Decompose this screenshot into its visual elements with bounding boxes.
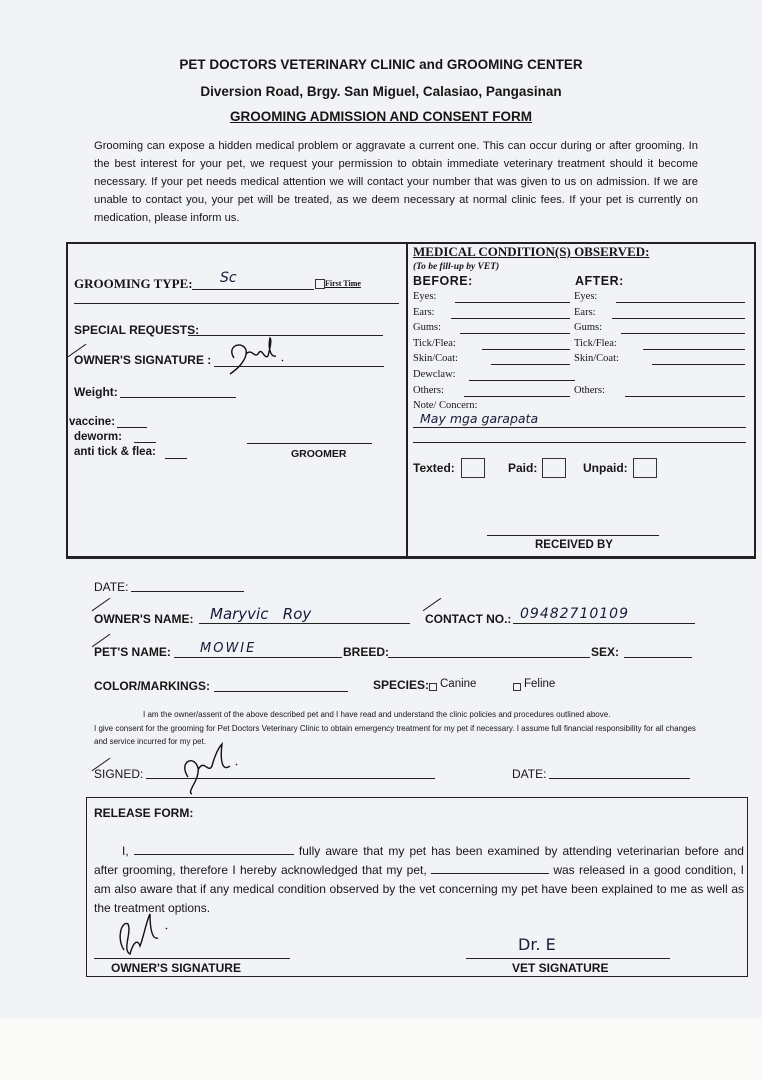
- after-label: AFTER:: [575, 274, 624, 288]
- consent-signature-scribble: [178, 742, 248, 802]
- unpaid-checkbox[interactable]: [633, 458, 657, 478]
- breed-field[interactable]: [388, 657, 590, 658]
- owner-signature-label: OWNER'S SIGNATURE :: [74, 353, 211, 367]
- feline-label: Feline: [524, 678, 555, 690]
- first-time-checkbox[interactable]: [315, 279, 325, 289]
- after-gums-field[interactable]: [621, 333, 746, 334]
- before-others-field[interactable]: [464, 396, 570, 397]
- contact-field[interactable]: [513, 623, 695, 624]
- vaccine-label: vaccine:: [69, 416, 115, 428]
- after-others-label: Others:: [574, 385, 605, 396]
- before-eyes-field[interactable]: [455, 302, 570, 303]
- medical-title: MEDICAL CONDITION(S) OBSERVED:: [413, 244, 649, 260]
- note-line-2[interactable]: [413, 442, 746, 443]
- anti-tick-field[interactable]: [165, 458, 187, 459]
- after-gums-label: Gums:: [574, 322, 602, 333]
- before-dewclaw-label: Dewclaw:: [413, 369, 456, 380]
- deworm-field[interactable]: [134, 442, 156, 443]
- release-title: RELEASE FORM:: [94, 806, 193, 820]
- grooming-type-label: GROOMING TYPE:: [74, 276, 193, 292]
- release-owner-signature-label: OWNER'S SIGNATURE: [111, 961, 241, 975]
- after-skincoat-label: Skin/Coat:: [574, 353, 619, 364]
- note-label: Note/ Concern:: [413, 400, 477, 411]
- pet-name-label: PET'S NAME:: [94, 645, 171, 659]
- signed-label: SIGNED:: [94, 767, 143, 781]
- color-markings-label: COLOR/MARKINGS:: [94, 679, 210, 693]
- species-label: SPECIES:: [373, 678, 429, 692]
- sex-label: SEX:: [591, 645, 619, 659]
- unpaid-label: Unpaid:: [583, 461, 628, 475]
- note-value: May mga garapata: [420, 411, 538, 426]
- before-gums-label: Gums:: [413, 322, 441, 333]
- canine-label: Canine: [440, 678, 476, 690]
- grooming-type-value: Sc: [220, 270, 237, 286]
- before-skincoat-label: Skin/Coat:: [413, 353, 458, 364]
- after-eyes-field[interactable]: [616, 302, 745, 303]
- paid-checkbox[interactable]: [542, 458, 566, 478]
- before-ears-field[interactable]: [451, 318, 571, 319]
- owner-name-value: Maryvic Roy: [210, 605, 311, 623]
- weight-field[interactable]: [120, 397, 236, 398]
- anti-tick-label: anti tick & flea:: [74, 446, 156, 458]
- clinic-name: PET DOCTORS VETERINARY CLINIC and GROOMI…: [0, 57, 762, 72]
- after-ears-field[interactable]: [612, 318, 746, 319]
- vaccine-field[interactable]: [117, 427, 147, 428]
- after-others-field[interactable]: [625, 396, 745, 397]
- groomer-signature-line[interactable]: [247, 443, 372, 444]
- consent-date-label: DATE:: [512, 767, 546, 781]
- contact-value: 09482710109: [520, 606, 629, 622]
- received-by-label: RECEIVED BY: [535, 539, 613, 551]
- deworm-label: deworm:: [74, 431, 122, 443]
- after-tickflea-field[interactable]: [643, 349, 745, 350]
- clinic-address: Diversion Road, Brgy. San Miguel, Calasi…: [0, 84, 762, 99]
- groomer-label: GROOMER: [291, 448, 346, 460]
- release-pet-name-field[interactable]: [431, 863, 549, 874]
- grooming-extra-line[interactable]: [74, 303, 399, 304]
- date-label: DATE:: [94, 580, 128, 594]
- received-by-line[interactable]: [487, 535, 659, 536]
- weight-label: Weight:: [74, 385, 118, 399]
- consent-date-field[interactable]: [549, 778, 690, 779]
- before-tickflea-field[interactable]: [482, 349, 570, 350]
- texted-label: Texted:: [413, 461, 455, 475]
- release-owner-signature-line[interactable]: [94, 958, 290, 959]
- owner-name-label: OWNER'S NAME:: [94, 612, 194, 626]
- paid-label: Paid:: [508, 461, 537, 475]
- sex-field[interactable]: [624, 657, 692, 658]
- consent-text-line1: I am the owner/assent of the above descr…: [143, 710, 610, 719]
- form-title: GROOMING ADMISSION AND CONSENT FORM: [0, 109, 762, 124]
- before-tickflea-label: Tick/Flea:: [413, 338, 456, 349]
- vet-signature-value: Dr. E: [518, 935, 556, 954]
- pet-name-field[interactable]: [174, 657, 342, 658]
- vet-signature-label: VET SIGNATURE: [512, 961, 608, 975]
- color-markings-field[interactable]: [214, 691, 348, 692]
- before-others-label: Others:: [413, 385, 444, 396]
- breed-label: BREED:: [343, 645, 389, 659]
- pet-name-value: MOWIE: [200, 641, 256, 656]
- after-ears-label: Ears:: [574, 307, 596, 318]
- special-requests-label: SPECIAL REQUESTS:: [74, 323, 199, 337]
- vet-signature-line[interactable]: [466, 958, 670, 959]
- texted-checkbox[interactable]: [461, 458, 485, 478]
- owner-name-field[interactable]: [199, 623, 410, 624]
- before-dewclaw-field[interactable]: [469, 380, 576, 381]
- grooming-type-field[interactable]: [192, 289, 314, 290]
- after-eyes-label: Eyes:: [574, 291, 597, 302]
- before-gums-field[interactable]: [460, 333, 571, 334]
- intro-paragraph: Grooming can expose a hidden medical pro…: [94, 137, 698, 227]
- medical-subtitle: (To be fill-up by VET): [413, 262, 499, 272]
- first-time-label: First Time: [325, 279, 361, 288]
- canine-checkbox[interactable]: [429, 683, 437, 691]
- before-skincoat-field[interactable]: [491, 364, 570, 365]
- after-skincoat-field[interactable]: [652, 364, 745, 365]
- release-owner-name-field[interactable]: [134, 844, 294, 855]
- release-paragraph: I, fully aware that my pet has been exam…: [94, 842, 744, 918]
- note-line-1[interactable]: [413, 427, 746, 428]
- feline-checkbox[interactable]: [513, 683, 521, 691]
- before-ears-label: Ears:: [413, 307, 435, 318]
- contact-label: CONTACT NO.:: [425, 612, 511, 626]
- after-tickflea-label: Tick/Flea:: [574, 338, 617, 349]
- owner-signature-scribble: [224, 336, 294, 381]
- before-label: BEFORE:: [413, 274, 473, 288]
- before-eyes-label: Eyes:: [413, 291, 436, 302]
- box-divider: [406, 242, 408, 556]
- date-field[interactable]: [131, 591, 244, 592]
- release-i: I,: [122, 844, 129, 858]
